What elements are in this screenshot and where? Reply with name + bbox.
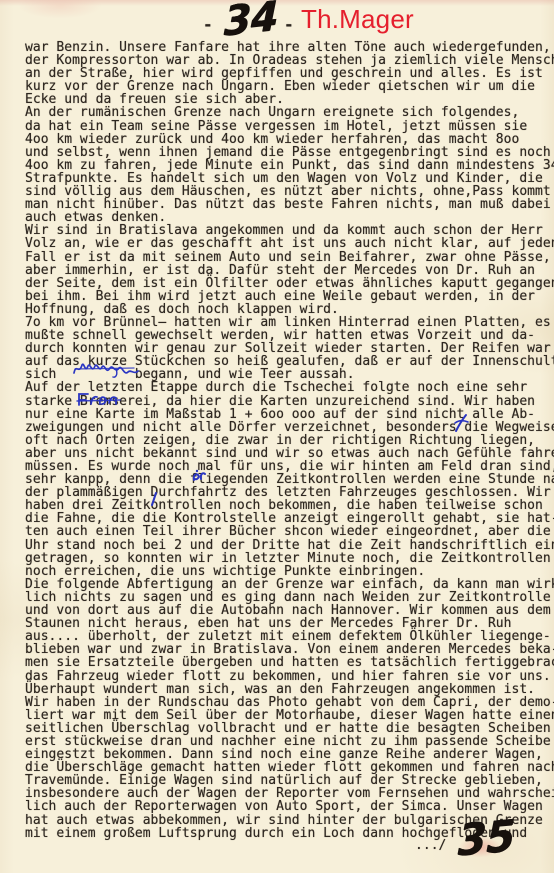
typed-line: Die folgende Abfertigung an der Grenze w…	[25, 578, 554, 591]
typed-line: Überhaupt wundert man sich, was an den F…	[25, 683, 554, 696]
typed-line: bei ihm. Bei ihm wird jetzt auch eine We…	[25, 290, 554, 303]
page-number-dash-left: -	[203, 15, 213, 34]
typed-line: oft nach Orten zeigen, die zwar in der r…	[25, 434, 554, 447]
typed-line: seitlichen Überschlag vollbracht und er …	[25, 722, 554, 735]
typed-line: das Fahrzeug wieder flott zu bekommen, u…	[25, 670, 554, 683]
author-stamp: Th.Mager	[301, 4, 414, 35]
typed-line: noch erreichen, die uns wichtige Punkte …	[25, 565, 554, 578]
scanned-document-page: - 34 - Th.Mager war Benzin. Unsere Fanfa…	[0, 0, 554, 873]
blue-ink-overwrite-correction	[76, 392, 142, 408]
typed-line: 4oo km zu fahren, jede Minute ein Punkt,…	[25, 159, 554, 172]
typed-line: 4oo km wieder zurück und 4oo km wieder h…	[25, 133, 554, 146]
typed-line: nur eine Karte im Maßstab 1 + 6oo ooo au…	[25, 408, 554, 421]
typed-line: Fall er ist da mit seinem Auto und sein …	[25, 251, 554, 264]
typed-line: Hoffnung, daß es doch noch klappen wird.	[25, 303, 554, 316]
typed-line: men sie Ersatzteile übergeben und hatten…	[25, 656, 554, 669]
typed-line: aber immerhin, er ist da. Dafür steht de…	[25, 264, 554, 277]
typed-line: lich auch der Reporterwagen von Auto Spo…	[25, 800, 554, 813]
typed-line: und selbst, wenn ihnen jemand die Pässe …	[25, 146, 554, 159]
typed-line: der Seite, dem ist ein Ölfilter oder etw…	[25, 277, 554, 290]
blue-ink-caret-mark	[453, 413, 471, 433]
typed-line: An der rumänischen Grenze nach Ungarn er…	[25, 106, 554, 119]
typed-line: Volz an, wie er das geschafft aht ist un…	[25, 237, 554, 250]
blue-ink-insert-stroke	[149, 492, 159, 507]
typed-line: liert war mit dem Seil über der Motorhau…	[25, 709, 554, 722]
typed-line: da hat ein Team seine Pässe vergessen im…	[25, 120, 554, 133]
typed-line: zweigungen und nicht alle Dörfer verzeic…	[25, 421, 554, 434]
typed-line: Uhr stand noch bei 2 und der Dritte hat …	[25, 539, 554, 552]
typed-line: getragen, so konnten wir in letzter Minu…	[25, 552, 554, 565]
typed-line: Wir haben in der Rundschau das Photo geh…	[25, 696, 554, 709]
typed-line: ten auch einen Teil ihrer Bücher shcon w…	[25, 525, 554, 538]
continuation-mark: .../	[415, 838, 446, 853]
handwritten-next-page-number: 35	[458, 810, 516, 866]
blue-ink-letter-insert	[191, 469, 207, 483]
typed-lines: war Benzin. Unsere Fanfare hat ihre alte…	[25, 41, 554, 840]
blue-ink-scribble-word	[72, 360, 142, 378]
page-number-dash-right: -	[284, 15, 294, 34]
